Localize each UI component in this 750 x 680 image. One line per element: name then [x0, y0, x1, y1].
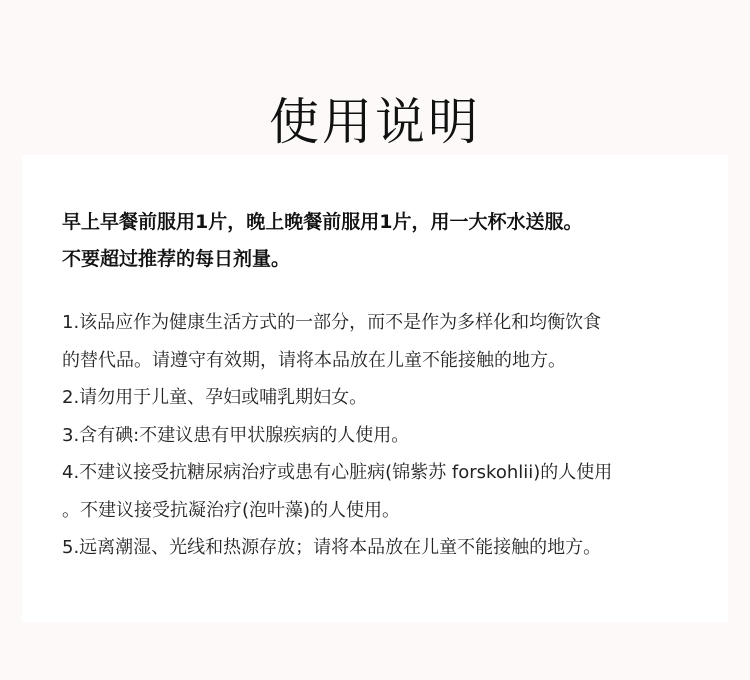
- warning-line: 3.含有碘:不建议患有甲状腺疾病的人使用。: [62, 417, 722, 455]
- warning-line: 1.该品应作为健康生活方式的一部分，而不是作为多样化和均衡饮食: [62, 304, 722, 342]
- warning-line: 4.不建议接受抗糖尿病治疗或患有心脏病(锦紫苏 forskohlii)的人使用: [62, 454, 722, 492]
- instructions-card: 早上早餐前服用1片，晚上晚餐前服用1片，用一大杯水送服。 不要超过推荐的每日剂量…: [22, 155, 728, 622]
- warning-line: 。不建议接受抗凝治疗(泡叶藻)的人使用。: [62, 492, 722, 530]
- dosage-line: 不要超过推荐的每日剂量。: [62, 241, 722, 278]
- warning-line: 的替代品。请遵守有效期，请将本品放在儿童不能接触的地方。: [62, 342, 722, 380]
- dosage-instructions: 早上早餐前服用1片，晚上晚餐前服用1片，用一大杯水送服。 不要超过推荐的每日剂量…: [62, 204, 722, 278]
- page-title: 使用说明: [0, 90, 750, 154]
- warning-line: 2.请勿用于儿童、孕妇或哺乳期妇女。: [62, 379, 722, 417]
- dosage-line: 早上早餐前服用1片，晚上晚餐前服用1片，用一大杯水送服。: [62, 204, 722, 241]
- warning-line: 5.远离潮湿、光线和热源存放；请将本品放在儿童不能接触的地方。: [62, 529, 722, 567]
- warnings-list: 1.该品应作为健康生活方式的一部分，而不是作为多样化和均衡饮食 的替代品。请遵守…: [62, 304, 722, 567]
